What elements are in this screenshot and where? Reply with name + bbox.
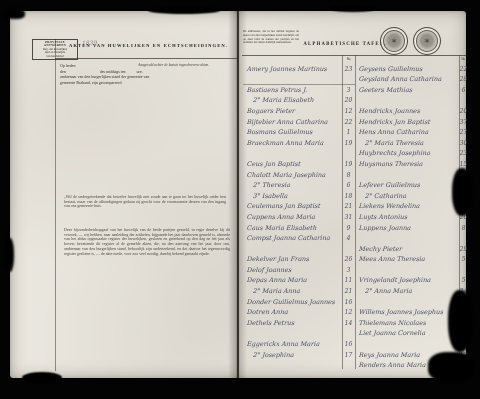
- entry-number: 21: [342, 288, 355, 295]
- table-row: Hendrickx Jan Baptist 37: [357, 115, 468, 126]
- entry-name: Geysland Anna Catharina: [357, 75, 460, 83]
- table-row: [357, 94, 468, 105]
- entry-name: Hens Anna Catharina: [357, 128, 460, 136]
- entry-name: 2° Maria Theresia: [357, 139, 460, 147]
- table-row: [357, 263, 468, 274]
- entry-name: Luyts Antonius: [357, 213, 460, 221]
- entry-number: 19: [342, 161, 355, 168]
- table-row: Chalott Maria Josephina 8: [245, 168, 355, 179]
- entry-name: Bogaers Pieter: [245, 107, 343, 115]
- entry-name: Chalott Maria Josephina: [245, 171, 343, 179]
- entry-name: Bijtebier Anna Catharina: [245, 118, 343, 126]
- table-row: Hens Anna Catharina 27: [357, 126, 468, 137]
- entry-name: Depas Anna Maria: [245, 276, 343, 284]
- form-line: gemeente Braband, zijn gecompareerd: [60, 80, 149, 86]
- entry-name: Liekens Wendelina: [357, 202, 460, 210]
- entry-number: 17: [342, 352, 355, 359]
- table-row: 2° Josephina 17: [245, 348, 355, 359]
- table-row: Compst Joanna Catharina 4: [245, 232, 355, 243]
- entry-number: 37: [459, 119, 468, 126]
- entry-name: Thielemans Nicolaes: [357, 319, 460, 327]
- paper-sheet: PROVINCIEANTWERPENReg. der huwelijkendee…: [10, 11, 466, 378]
- scan-edge-artifact: [5, 238, 14, 272]
- scanned-register-spread: PROVINCIEANTWERPENReg. der huwelijkendee…: [0, 0, 480, 399]
- table-row: 2° Maria Theresia 30: [357, 136, 468, 147]
- entry-number: 3: [342, 267, 355, 274]
- entry-name: Cuppens Anna Maria: [245, 213, 343, 221]
- table-row: Huysmans Theresia 15: [357, 157, 468, 168]
- table-row: Luppens Joanna 8: [357, 221, 468, 232]
- entry-name: 2° Maria Anna: [245, 287, 343, 295]
- table-row: Amery Joannes Martinus 23: [245, 62, 355, 73]
- table-row: Liekens Wendelina 1: [357, 200, 468, 211]
- table-row: [245, 73, 355, 84]
- scan-edge-artifact: [148, 7, 220, 14]
- table-row: Braeckman Anna Maria 19: [245, 136, 355, 147]
- table-row: 2° Theresia 6: [245, 179, 355, 190]
- entry-number: 9: [342, 225, 355, 232]
- entry-name: Huybrechts Josephina: [357, 149, 460, 157]
- entry-name: 3° Isabella: [245, 192, 343, 200]
- entry-name: Geeters Mathias: [357, 86, 460, 94]
- table-row: Dethels Petrus 14: [245, 316, 355, 327]
- entry-name: Luppens Joanna: [357, 224, 460, 232]
- table-row: Ceus Jan Baptist 19: [245, 157, 355, 168]
- scan-edge-artifact: [452, 168, 472, 216]
- entry-name: Dekelver Jan Frans: [245, 255, 343, 263]
- entry-number: 11: [342, 277, 355, 284]
- table-row: Dotren Anna 12: [245, 306, 355, 317]
- header-rule: [55, 58, 237, 59]
- table-row: Delof Joannes 3: [245, 263, 355, 274]
- entry-number: 12: [342, 108, 355, 115]
- table-row: [245, 242, 355, 253]
- entry-name: Hendrickx Joannes: [357, 107, 460, 115]
- entry-number: 6: [342, 182, 355, 189]
- scan-edge-artifact: [330, 6, 376, 12]
- entry-name: Mees Anna Theresia: [357, 255, 460, 263]
- table-row: Geeters Mathias 6: [357, 83, 468, 94]
- table-row: Mees Anna Theresia 5: [357, 253, 468, 264]
- table-row: 3° Isabella 18: [245, 189, 355, 200]
- table-row: Hendrickx Joannes 20: [357, 104, 468, 115]
- entry-number: 4: [342, 235, 355, 242]
- entry-number: 30: [459, 140, 468, 147]
- footnote-paragraph-1: „Wil de ondergeteekende dat hetzelve huw…: [64, 195, 226, 209]
- wax-seal-stamp-left: ✶: [380, 27, 408, 55]
- footnote-paragraph-2: Deze bijzonderheidsopgaaf van het huweli…: [64, 228, 230, 256]
- table-column-left: Amery Joannes Martinus 23 Bastiaens Petr…: [245, 62, 355, 359]
- entry-name: Donder Guilielmus Joannes: [245, 298, 343, 306]
- table-row: Vringelandt Josephina 5: [357, 274, 468, 285]
- table-row: [245, 147, 355, 158]
- entry-name: Dethels Petrus: [245, 319, 343, 327]
- table-row: Caus Maria Elisabeth 9: [245, 221, 355, 232]
- entry-number: 3: [342, 87, 355, 94]
- table-row: Luyts Antonius 26: [357, 210, 468, 221]
- table-row: 2° Maria Elisabeth 20: [245, 94, 355, 105]
- table-row: Ceulemans Jan Baptist 21: [245, 200, 355, 211]
- entry-number: 23: [459, 150, 468, 157]
- number-column-header: №: [458, 56, 468, 61]
- entry-name: Hendrickx Jan Baptist: [357, 118, 460, 126]
- table-row: Bosmans Guilielmus 1: [245, 126, 355, 137]
- entry-number: 29: [459, 246, 468, 253]
- entry-number: 23: [342, 66, 355, 73]
- table-row: [245, 327, 355, 338]
- entry-name: Eggerickx Anna Maria: [245, 340, 343, 348]
- archive-stamp-line: van het dubbel: [35, 55, 75, 58]
- entry-name: Braeckman Anna Maria: [245, 139, 343, 147]
- table-row: Bogaers Pieter 12: [245, 104, 355, 115]
- scan-edge-artifact: [22, 372, 62, 383]
- entry-number: 22: [459, 66, 468, 73]
- entry-number: 19: [342, 140, 355, 147]
- entry-name: Liet Joanna Cornelia: [357, 329, 460, 337]
- entry-number: 22: [342, 119, 355, 126]
- entry-number: 15: [459, 161, 468, 168]
- alphabetical-table-title: ALPHABETISCHE TAFEL.: [299, 42, 391, 47]
- scan-edge-artifact: [428, 352, 474, 382]
- form-margin-note: Aangevuld achter de laatste ingeschreven…: [138, 63, 234, 67]
- table-row: Bastiaens Petrus J. 3: [245, 83, 355, 94]
- left-margin-rule: [55, 39, 56, 371]
- table-row: Huybrechts Josephina 23: [357, 147, 468, 158]
- table-row: Cuppens Anna Maria 31: [245, 210, 355, 221]
- entry-number: 18: [342, 193, 355, 200]
- table-row: 2° Anna Maria 24: [357, 284, 468, 295]
- table-row: Eggerickx Anna Maria 16: [245, 337, 355, 348]
- entry-number: 27: [459, 129, 468, 136]
- entry-number: 6: [459, 87, 468, 94]
- printed-form-text: Op hedenden des middags ten ure,ambtenaa…: [60, 63, 149, 85]
- entry-name: Lefever Guilielmus: [357, 181, 460, 189]
- scan-edge-artifact: [5, 9, 25, 19]
- seal-glyph-icon: ✶: [423, 36, 431, 47]
- entry-name: Huysmans Theresia: [357, 160, 460, 168]
- entry-number: 8: [342, 172, 355, 179]
- number-column-header: №: [342, 56, 355, 61]
- table-row: Dekelver Jan Frans 26: [245, 253, 355, 264]
- entry-number: 8: [459, 225, 468, 232]
- table-row: Mechy Pieter 29: [357, 242, 468, 253]
- entry-name: Bastiaens Petrus J.: [245, 86, 343, 94]
- revenue-seal-stamp-right: ✶: [413, 27, 441, 55]
- table-row: Geysland Anna Catharina 28: [357, 73, 468, 84]
- entry-name: Caus Maria Elisabeth: [245, 224, 343, 232]
- table-row: Geysens Guilielmus 22: [357, 62, 468, 73]
- printed-notice: De ambtenaar, die in het dubbel register…: [243, 30, 299, 45]
- entry-name: Mechy Pieter: [357, 245, 460, 253]
- scan-edge-artifact: [448, 290, 472, 352]
- entry-number: 28: [459, 76, 468, 83]
- entry-number: 20: [342, 97, 355, 104]
- entry-name: Delof Joannes: [245, 266, 343, 274]
- entry-name: 2° Theresia: [245, 181, 343, 189]
- entry-name: Dotren Anna: [245, 308, 343, 316]
- left-page-title: AKTEN VAN HUWELIJKEN EN ECHTSCHEIDINGEN.: [62, 43, 235, 48]
- entry-name: 2° Anna Maria: [357, 287, 460, 295]
- entry-name: Compst Joanna Catharina: [245, 234, 343, 242]
- entry-name: 2° Josephina: [245, 351, 343, 359]
- table-row: Bijtebier Anna Catharina 22: [245, 115, 355, 126]
- entry-number: 16: [342, 299, 355, 306]
- entry-number: 31: [342, 214, 355, 221]
- entry-name: Willems Joannes Josephus: [357, 308, 460, 316]
- entry-number: 26: [342, 256, 355, 263]
- table-row: [357, 232, 468, 243]
- entry-name: Ceulemans Jan Baptist: [245, 202, 343, 210]
- table-row: Donder Guilielmus Joannes 16: [245, 295, 355, 306]
- table-row: 2° Maria Anna 21: [245, 284, 355, 295]
- table-row: [357, 168, 468, 179]
- table-row: Depas Anna Maria 11: [245, 274, 355, 285]
- entry-number: 5: [459, 256, 468, 263]
- entry-number: 14: [342, 320, 355, 327]
- entry-name: Vringelandt Josephina: [357, 276, 460, 284]
- entry-name: Amery Joannes Martinus: [245, 65, 343, 73]
- right-page: De ambtenaar, die in het dubbel register…: [239, 11, 466, 378]
- form-line: ambtenaar van den burgerlijken stand der…: [60, 74, 149, 80]
- entry-name: 2° Catharina: [357, 192, 460, 200]
- entry-number: 21: [342, 203, 355, 210]
- entry-name: 2° Maria Elisabeth: [245, 96, 343, 104]
- entry-number: 5: [459, 277, 468, 284]
- entry-number: 16: [342, 341, 355, 348]
- entry-number: 12: [342, 309, 355, 316]
- seal-glyph-icon: ✶: [390, 36, 398, 47]
- entry-number: 20: [459, 108, 468, 115]
- table-column-separator: [355, 55, 356, 369]
- entry-name: Ceus Jan Baptist: [245, 160, 343, 168]
- left-page: PROVINCIEANTWERPENReg. der huwelijkendee…: [10, 11, 237, 378]
- entry-name: Bosmans Guilielmus: [245, 128, 343, 136]
- entry-number: 1: [342, 129, 355, 136]
- entry-name: Geysens Guilielmus: [357, 65, 460, 73]
